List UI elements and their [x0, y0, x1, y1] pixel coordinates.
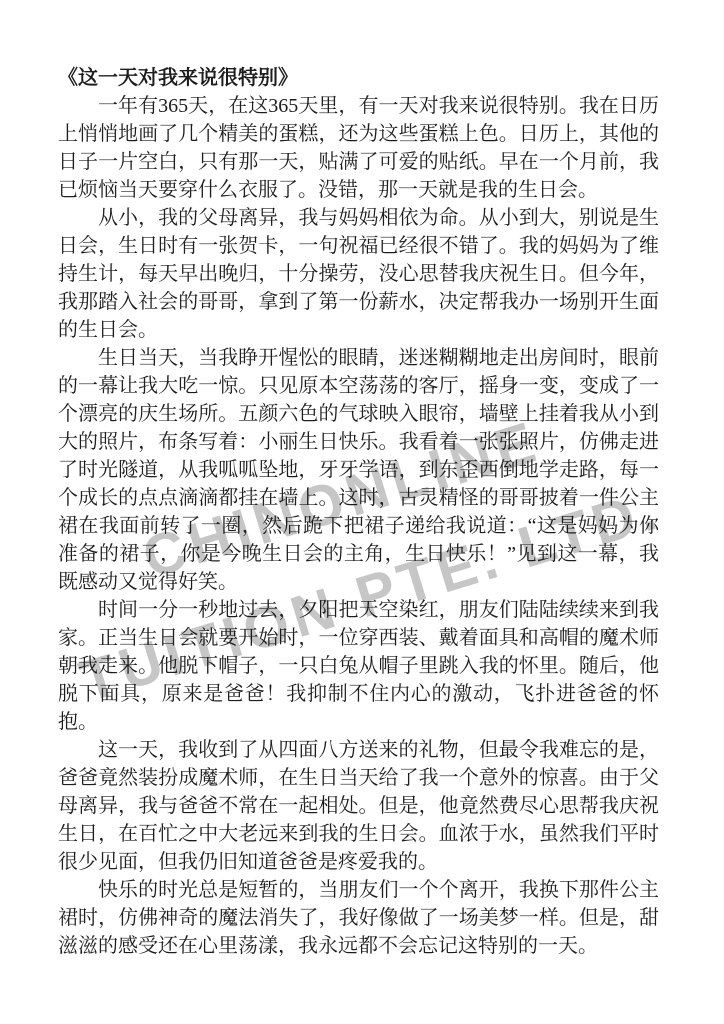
- essay-title: 《这一天对我来说很特别》: [58, 64, 659, 92]
- essay-paragraph-2: 从小，我的父母离异，我与妈妈相依为命。从小到大，别说是生日会，生日时有一张贺卡，…: [58, 204, 659, 344]
- essay-paragraph-4: 时间一分一秒地过去，夕阳把天空染红，朋友们陆陆续续来到我家。正当生日会就要开始时…: [58, 596, 659, 736]
- essay: 《这一天对我来说很特别》 一年有365天，在这365天里，有一天对我来说很特别。…: [58, 64, 659, 960]
- essay-paragraph-6: 快乐的时光总是短暂的，当朋友们一个个离开，我换下那件公主裙时，仿佛神奇的魔法消失…: [58, 876, 659, 960]
- document-page: CHINONLINE TUITION PTE. LTD. 《这一天对我来说很特别…: [0, 0, 724, 1024]
- essay-paragraph-1: 一年有365天，在这365天里，有一天对我来说很特别。我在日历上悄悄地画了几个精…: [58, 92, 659, 204]
- essay-paragraph-3: 生日当天，当我睁开惺忪的眼睛，迷迷糊糊地走出房间时，眼前的一幕让我大吃一惊。只见…: [58, 344, 659, 596]
- essay-paragraph-5: 这一天，我收到了从四面八方送来的礼物，但最令我难忘的是，爸爸竟然装扮成魔术师，在…: [58, 736, 659, 876]
